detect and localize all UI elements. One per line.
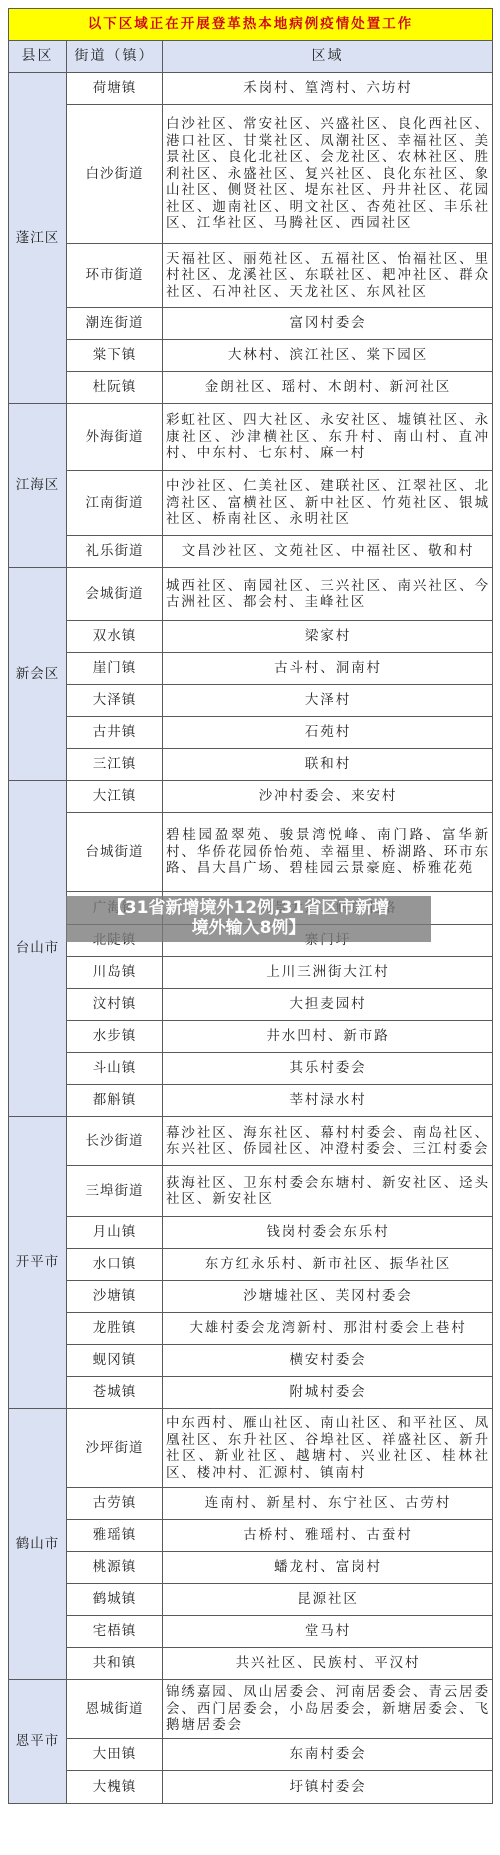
- area-cell: 古桥村、雅瑶村、古蚕村: [163, 1520, 493, 1552]
- area-cell: 蟠龙村、富岗村: [163, 1552, 493, 1584]
- town-cell: 沙塘镇: [67, 1281, 163, 1313]
- area-cell: 城西社区、南园社区、三兴社区、南兴社区、今古洲社区、都会村、圭峰社区: [163, 568, 493, 621]
- table-row: 古劳镇连南村、新星村、东宁社区、古劳村: [9, 1488, 493, 1520]
- town-cell: 环市街道: [67, 244, 163, 308]
- area-cell: 莘村渌水村: [163, 1085, 493, 1117]
- county-cell: 恩平市: [9, 1680, 67, 1804]
- town-cell: 苍城镇: [67, 1377, 163, 1409]
- header-county: 县区: [9, 41, 67, 73]
- area-cell: 荻海社区、卫东村委会东塘村、新安社区、迳头社区、新安社区: [163, 1166, 493, 1217]
- table-row: 环市街道天福社区、丽苑社区、五福社区、怡福社区、里村社区、龙溪社区、东联社区、耙…: [9, 244, 493, 308]
- table-row: 台山市大江镇沙冲村委会、来安村: [9, 781, 493, 813]
- area-cell: 碧桂园盈翠苑、骏景湾悦峰、南门路、富华新村、华侨花园侨怡苑、幸福里、桥湖路、环市…: [163, 813, 493, 892]
- area-cell: 大林村、滨江社区、棠下园区: [163, 340, 493, 372]
- area-cell: 东南村委会: [163, 1739, 493, 1771]
- area-cell: 井水凹村、新市路: [163, 1021, 493, 1053]
- town-cell: 台城街道: [67, 813, 163, 892]
- town-cell: 古劳镇: [67, 1488, 163, 1520]
- county-cell: 新会区: [9, 568, 67, 781]
- town-cell: 江南街道: [67, 471, 163, 536]
- header-town: 街道（镇）: [67, 41, 163, 73]
- table-row: 三埠街道荻海社区、卫东村委会东塘村、新安社区、迳头社区、新安社区: [9, 1166, 493, 1217]
- area-cell: 昆源社区: [163, 1584, 493, 1616]
- table-row: 三江镇联和村: [9, 749, 493, 781]
- table-row: 桃源镇蟠龙村、富岗村: [9, 1552, 493, 1584]
- area-cell: 其乐村委会: [163, 1053, 493, 1085]
- table-row: 大田镇东南村委会: [9, 1739, 493, 1771]
- town-cell: 三埠街道: [67, 1166, 163, 1217]
- area-cell: 联和村: [163, 749, 493, 781]
- table-row: 大泽镇大泽村: [9, 685, 493, 717]
- area-cell: 禾岗村、篁湾村、六坊村: [163, 73, 493, 105]
- town-cell: 外海街道: [67, 404, 163, 471]
- town-cell: 宅梧镇: [67, 1616, 163, 1648]
- town-cell: 荷塘镇: [67, 73, 163, 105]
- county-cell: 台山市: [9, 781, 67, 1117]
- town-cell: 三江镇: [67, 749, 163, 781]
- town-cell: 沙坪街道: [67, 1409, 163, 1488]
- town-cell: 白沙街道: [67, 105, 163, 244]
- table-row: 恩平市恩城街道锦绣嘉园、凤山居委会、河南居委会、青云居委会、西门居委会，小岛居委…: [9, 1680, 493, 1739]
- town-cell: 桃源镇: [67, 1552, 163, 1584]
- area-cell: 东方红永乐村、新市社区、振华社区: [163, 1249, 493, 1281]
- area-cell: 天福社区、丽苑社区、五福社区、怡福社区、里村社区、龙溪社区、东联社区、耙冲社区、…: [163, 244, 493, 308]
- table-row: 共和镇共兴社区、民族村、平汉村: [9, 1648, 493, 1680]
- town-cell: 都斛镇: [67, 1085, 163, 1117]
- town-cell: 雅瑶镇: [67, 1520, 163, 1552]
- area-cell: 附城村委会: [163, 1377, 493, 1409]
- town-cell: 长沙街道: [67, 1117, 163, 1166]
- town-cell: 蚬冈镇: [67, 1345, 163, 1377]
- town-cell: 崖门镇: [67, 653, 163, 685]
- table-row: 江海区外海街道彩虹社区、四大社区、永安社区、墟镇社区、永康社区、沙津横社区、东升…: [9, 404, 493, 471]
- overlay-line-1: 【31省新增境外12例,31省区市新增: [66, 898, 431, 918]
- area-cell: 古斗村、洞南村: [163, 653, 493, 685]
- town-cell: 水口镇: [67, 1249, 163, 1281]
- area-cell: 大担麦园村: [163, 989, 493, 1021]
- table-title: 以下区域正在开展登革热本地病例疫情处置工作: [9, 9, 493, 41]
- town-cell: 大槐镇: [67, 1771, 163, 1804]
- area-cell: 彩虹社区、四大社区、永安社区、墟镇社区、永康社区、沙津横社区、东升村、南山村、直…: [163, 404, 493, 471]
- area-cell: 白沙社区、常安社区、兴盛社区、良化西社区、港口社区、甘棠社区、凤潮社区、幸福社区…: [163, 105, 493, 244]
- town-cell: 恩城街道: [67, 1680, 163, 1739]
- table-row: 苍城镇附城村委会: [9, 1377, 493, 1409]
- table-row: 川岛镇上川三洲街大江村: [9, 957, 493, 989]
- area-cell: 文昌沙社区、文苑社区、中福社区、敬和村: [163, 536, 493, 568]
- title-row: 以下区域正在开展登革热本地病例疫情处置工作: [9, 9, 493, 41]
- header-area: 区域: [163, 41, 493, 73]
- area-cell: 上川三洲街大江村: [163, 957, 493, 989]
- town-cell: 龙胜镇: [67, 1313, 163, 1345]
- table-row: 鹤城镇昆源社区: [9, 1584, 493, 1616]
- town-cell: 礼乐街道: [67, 536, 163, 568]
- table-row: 棠下镇大林村、滨江社区、棠下园区: [9, 340, 493, 372]
- table-row: 沙塘镇沙塘墟社区、芙冈村委会: [9, 1281, 493, 1313]
- table-row: 都斛镇莘村渌水村: [9, 1085, 493, 1117]
- area-cell: 沙塘墟社区、芙冈村委会: [163, 1281, 493, 1313]
- area-cell: 共兴社区、民族村、平汉村: [163, 1648, 493, 1680]
- table-row: 杜阮镇金朗社区、瑶村、木朗村、新河社区: [9, 372, 493, 404]
- county-cell: 开平市: [9, 1117, 67, 1409]
- county-cell: 江海区: [9, 404, 67, 568]
- county-cell: 蓬江区: [9, 73, 67, 404]
- area-cell: 中东西村、雁山社区、南山社区、和平社区、凤凰社区、东升社区、谷埠社区、祥盛社区、…: [163, 1409, 493, 1488]
- town-cell: 杜阮镇: [67, 372, 163, 404]
- table-row: 水步镇井水凹村、新市路: [9, 1021, 493, 1053]
- area-cell: 横安村委会: [163, 1345, 493, 1377]
- table-row: 礼乐街道文昌沙社区、文苑社区、中福社区、敬和村: [9, 536, 493, 568]
- table-row: 大槐镇圩镇村委会: [9, 1771, 493, 1804]
- table-row: 崖门镇古斗村、洞南村: [9, 653, 493, 685]
- table-row: 龙胜镇大雄村委会龙湾新村、那泔村委会上巷村: [9, 1313, 493, 1345]
- town-cell: 汶村镇: [67, 989, 163, 1021]
- town-cell: 古井镇: [67, 717, 163, 749]
- table-row: 双水镇梁家村: [9, 621, 493, 653]
- town-cell: 潮连街道: [67, 308, 163, 340]
- town-cell: 川岛镇: [67, 957, 163, 989]
- overlay-line-2: 境外输入8例】: [66, 918, 431, 938]
- headline-overlay-banner: 【31省新增境外12例,31省区市新增 境外输入8例】: [66, 896, 431, 942]
- area-cell: 幕沙社区、海东社区、幕村村委会、南岛社区、东兴社区、侨园社区、冲澄村委会、三江村…: [163, 1117, 493, 1166]
- header-row: 县区 街道（镇） 区域: [9, 41, 493, 73]
- area-cell: 富冈村委会: [163, 308, 493, 340]
- table-row: 雅瑶镇古桥村、雅瑶村、古蚕村: [9, 1520, 493, 1552]
- town-cell: 会城街道: [67, 568, 163, 621]
- area-cell: 钱岗村委会东乐村: [163, 1217, 493, 1249]
- table-row: 月山镇钱岗村委会东乐村: [9, 1217, 493, 1249]
- area-cell: 锦绣嘉园、凤山居委会、河南居委会、青云居委会、西门居委会，小岛居委会，新塘居委会…: [163, 1680, 493, 1739]
- table-row: 台城街道碧桂园盈翠苑、骏景湾悦峰、南门路、富华新村、华侨花园侨怡苑、幸福里、桥湖…: [9, 813, 493, 892]
- table-row: 白沙街道白沙社区、常安社区、兴盛社区、良化西社区、港口社区、甘棠社区、凤潮社区、…: [9, 105, 493, 244]
- area-cell: 梁家村: [163, 621, 493, 653]
- table-row: 新会区会城街道城西社区、南园社区、三兴社区、南兴社区、今古洲社区、都会村、圭峰社…: [9, 568, 493, 621]
- area-cell: 大泽村: [163, 685, 493, 717]
- table-row: 江南街道中沙社区、仁美社区、建联社区、江翠社区、北湾社区、富横社区、新中社区、竹…: [9, 471, 493, 536]
- table-row: 开平市长沙街道幕沙社区、海东社区、幕村村委会、南岛社区、东兴社区、侨园社区、冲澄…: [9, 1117, 493, 1166]
- table-row: 古井镇石苑村: [9, 717, 493, 749]
- table-row: 鹤山市沙坪街道中东西村、雁山社区、南山社区、和平社区、凤凰社区、东升社区、谷埠社…: [9, 1409, 493, 1488]
- area-cell: 圩镇村委会: [163, 1771, 493, 1804]
- town-cell: 大泽镇: [67, 685, 163, 717]
- town-cell: 鹤城镇: [67, 1584, 163, 1616]
- area-cell: 沙冲村委会、来安村: [163, 781, 493, 813]
- table-row: 蚬冈镇横安村委会: [9, 1345, 493, 1377]
- table-row: 斗山镇其乐村委会: [9, 1053, 493, 1085]
- area-cell: 堂马村: [163, 1616, 493, 1648]
- area-cell: 中沙社区、仁美社区、建联社区、江翠社区、北湾社区、富横社区、新中社区、竹苑社区、…: [163, 471, 493, 536]
- town-cell: 双水镇: [67, 621, 163, 653]
- area-cell: 大雄村委会龙湾新村、那泔村委会上巷村: [163, 1313, 493, 1345]
- area-cell: 石苑村: [163, 717, 493, 749]
- area-cell: 连南村、新星村、东宁社区、古劳村: [163, 1488, 493, 1520]
- area-cell: 金朗社区、瑶村、木朗村、新河社区: [163, 372, 493, 404]
- town-cell: 斗山镇: [67, 1053, 163, 1085]
- table-row: 潮连街道富冈村委会: [9, 308, 493, 340]
- town-cell: 共和镇: [67, 1648, 163, 1680]
- table-row: 汶村镇大担麦园村: [9, 989, 493, 1021]
- town-cell: 大江镇: [67, 781, 163, 813]
- town-cell: 棠下镇: [67, 340, 163, 372]
- table-row: 蓬江区荷塘镇禾岗村、篁湾村、六坊村: [9, 73, 493, 105]
- town-cell: 大田镇: [67, 1739, 163, 1771]
- table-row: 水口镇东方红永乐村、新市社区、振华社区: [9, 1249, 493, 1281]
- town-cell: 月山镇: [67, 1217, 163, 1249]
- county-cell: 鹤山市: [9, 1409, 67, 1680]
- town-cell: 水步镇: [67, 1021, 163, 1053]
- table-row: 宅梧镇堂马村: [9, 1616, 493, 1648]
